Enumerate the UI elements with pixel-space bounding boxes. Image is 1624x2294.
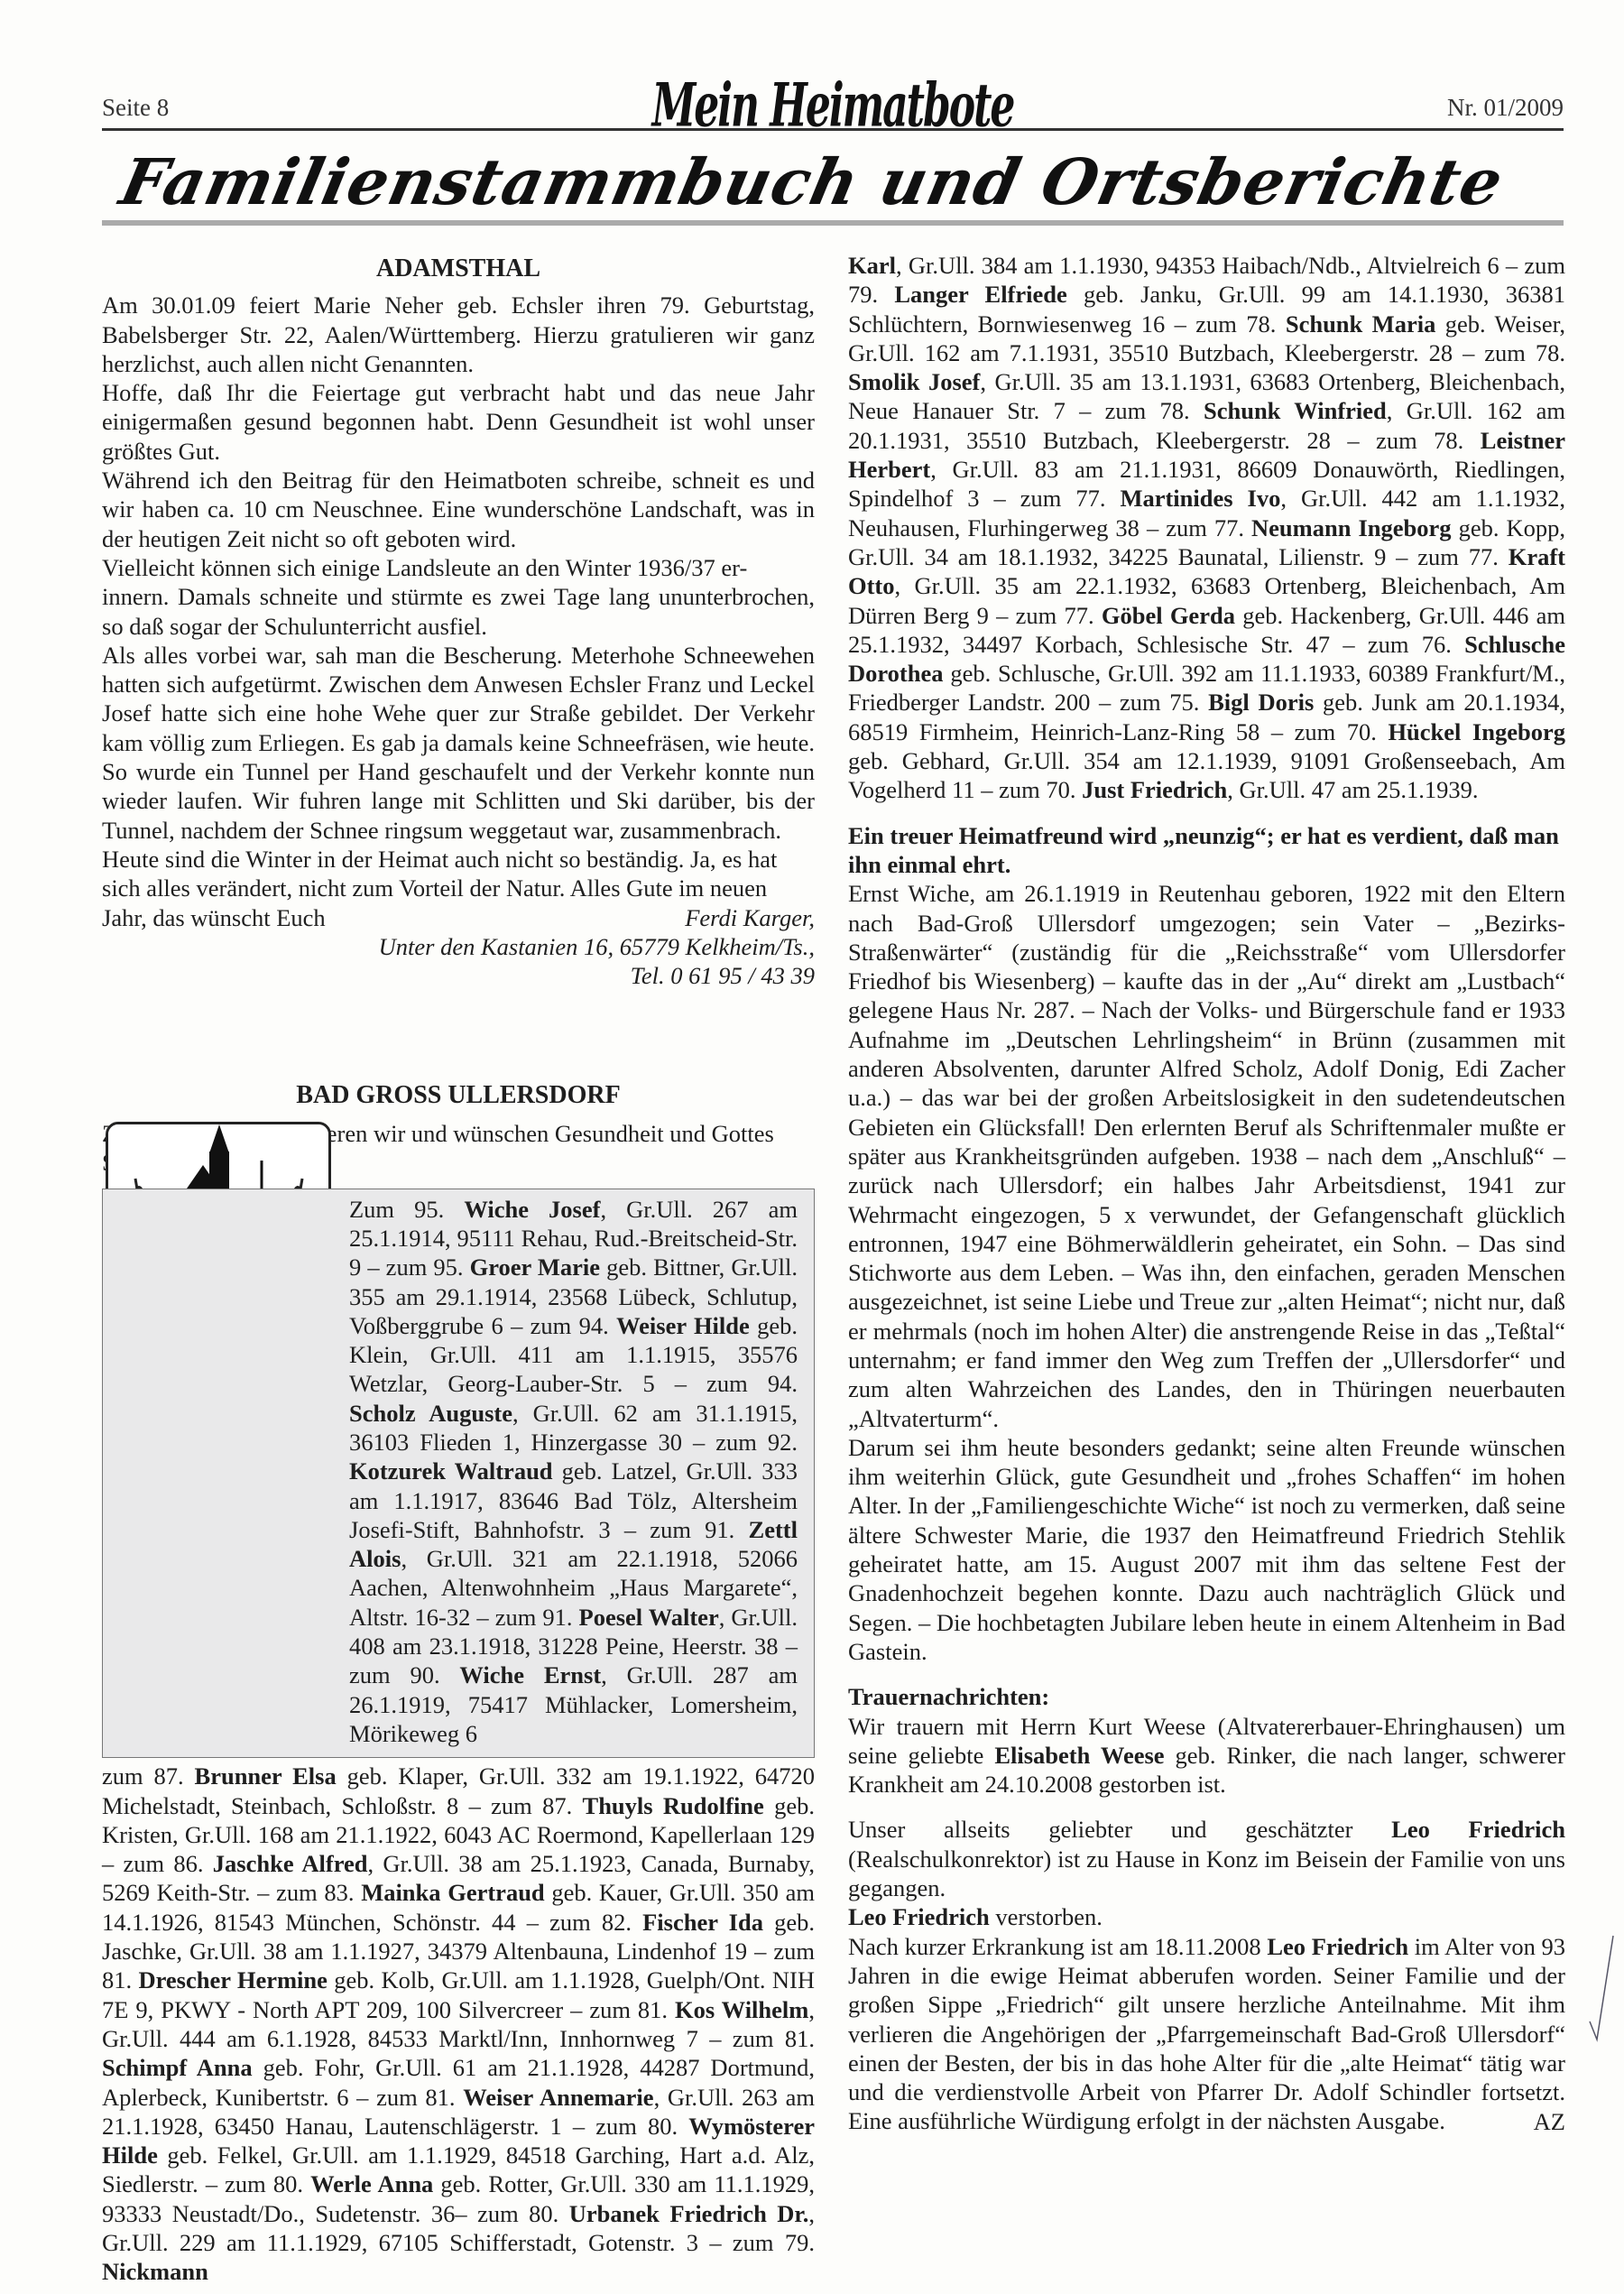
right-column: Karl, Gr.Ull. 384 am 1.1.1930, 94353 Hai… <box>848 251 1565 2136</box>
issue-number: Nr. 01/2009 <box>1447 94 1564 122</box>
page-number: Seite 8 <box>102 94 169 122</box>
birthday-list-continued: Karl, Gr.Ull. 384 am 1.1.1930, 94353 Hai… <box>848 251 1565 805</box>
paragraph: Während ich den Beitrag für den Heimatbo… <box>102 466 815 553</box>
paragraph: Vielleicht können sich einige Landsleute… <box>102 553 815 582</box>
paragraph: Hoffe, daß Ihr die Feiertage gut verbrac… <box>102 378 815 466</box>
title-rule <box>102 220 1564 226</box>
paragraph: Darum sei ihm heute besonders gedankt; s… <box>848 1433 1565 1666</box>
birthday-list: zum 87. Brunner Elsa geb. Klaper, Gr.Ull… <box>102 1762 815 2286</box>
obituaries-heading: Trauernachrichten: <box>848 1682 1565 1711</box>
signature-phone: Tel. 0 61 95 / 43 39 <box>102 961 815 990</box>
paragraph: innern. Damals schneite und stürmte es z… <box>102 582 815 641</box>
header-rule <box>102 128 1564 131</box>
paragraph: Als alles vorbei war, sah man die Besche… <box>102 641 815 845</box>
handwritten-check-icon <box>1588 1931 1615 2049</box>
article-heading-heimatfreund: Ein treuer Heimatfreund wird „neunzig“; … <box>848 821 1565 880</box>
birthday-box-text: Zum 95. Wiche Josef, Gr.Ull. 267 am 25.1… <box>349 1195 798 1749</box>
paragraph: Ernst Wiche, am 26.1.1919 in Reutenhau g… <box>848 879 1565 1433</box>
birthday-box: Zum 95. Wiche Josef, Gr.Ull. 267 am 25.1… <box>102 1189 815 1759</box>
obituary-weese: Wir trauern mit Herrn Kurt Weese (Altvat… <box>848 1712 1565 1799</box>
obituary-friedrich-text: Nach kurzer Erkrankung ist am 18.11.2008… <box>848 1932 1565 2136</box>
section-heading-ullersdorf: BAD GROSS ULLERSDORF <box>102 1081 815 1110</box>
obituary-friedrich-title: Leo Friedrich verstorben. <box>848 1902 1565 1931</box>
left-column: ADAMSTHAL Am 30.01.09 feiert Marie Neher… <box>102 251 815 2287</box>
section-heading-adamsthal: ADAMSTHAL <box>102 254 815 283</box>
paragraph: Am 30.01.09 feiert Marie Neher geb. Echs… <box>102 291 815 378</box>
page-header: Seite 8 Mein Heimatbote Nr. 01/2009 <box>102 83 1564 130</box>
obituary-friedrich-intro: Unser allseits geliebter und geschätzter… <box>848 1815 1565 1902</box>
signature-address: Unter den Kastanien 16, 65779 Kelkheim/T… <box>102 932 815 961</box>
page-title: Familienstammbuch und Ortsberichte <box>0 144 1624 219</box>
